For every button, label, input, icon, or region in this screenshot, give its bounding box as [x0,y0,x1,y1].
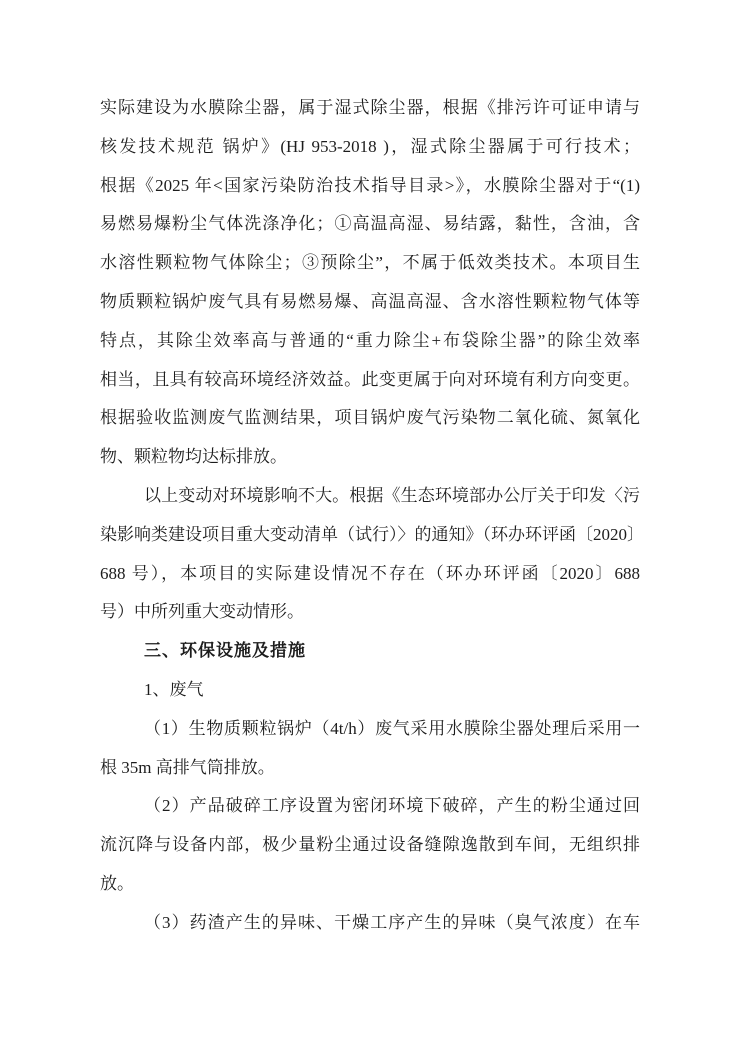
text-line: （2）产品破碎工序设置为密闭环境下破碎，产生的粉尘通过回 [100,787,640,826]
text-line: 核发技术规范 锅炉》(HJ 953-2018 )，湿式除尘器属于可行技术； [100,128,640,167]
text-line: 特点，其除尘效率高与普通的“重力除尘+布袋除尘器”的除尘效率 [100,322,640,361]
document-page: 实际建设为水膜除尘器，属于湿式除尘器，根据《排污许可证申请与核发技术规范 锅炉》… [0,0,740,1046]
text-line: 物质颗粒锅炉废气具有易燃易爆、高温高湿、含水溶性颗粒物气体等 [100,283,640,322]
text-line: 易燃易爆粉尘气体洗涤净化；①高温高湿、易结露，黏性，含油，含 [100,205,640,244]
text-line: 水溶性颗粒物气体除尘；③预除尘”，不属于低效类技术。本项目生 [100,244,640,283]
section-heading: 三、环保设施及措施 [100,632,640,671]
text-line: 放。 [100,865,640,904]
text-line: （3）药渣产生的异味、干燥工序产生的异味（臭气浓度）在车 [100,904,640,943]
text-line: 根据验收监测废气监测结果，项目锅炉废气污染物二氧化硫、氮氧化 [100,399,640,438]
text-line: 物、颗粒物均达标排放。 [100,438,640,477]
text-line: 1、废气 [100,671,640,710]
text-line: 以上变动对环境影响不大。根据《生态环境部办公厅关于印发〈污 [100,477,640,516]
text-line: 688 号），本项目的实际建设情况不存在（环办环评函〔2020〕688 [100,555,640,594]
text-line: 根据《2025 年<国家污染防治技术指导目录>》，水膜除尘器对于“(1) [100,167,640,206]
text-line: （1）生物质颗粒锅炉（4t/h）废气采用水膜除尘器处理后采用一 [100,710,640,749]
text-line: 实际建设为水膜除尘器，属于湿式除尘器，根据《排污许可证申请与 [100,89,640,128]
text-line: 号）中所列重大变动情形。 [100,593,640,632]
text-line: 根 35m 高排气筒排放。 [100,749,640,788]
text-line: 流沉降与设备内部，极少量粉尘通过设备缝隙逸散到车间，无组织排 [100,826,640,865]
text-line: 染影响类建设项目重大变动清单（试行）〉的通知》（环办环评函〔2020〕 [100,516,640,555]
text-line: 相当，且具有较高环境经济效益。此变更属于向对环境有利方向变更。 [100,361,640,400]
document-text-body: 实际建设为水膜除尘器，属于湿式除尘器，根据《排污许可证申请与核发技术规范 锅炉》… [100,89,640,943]
